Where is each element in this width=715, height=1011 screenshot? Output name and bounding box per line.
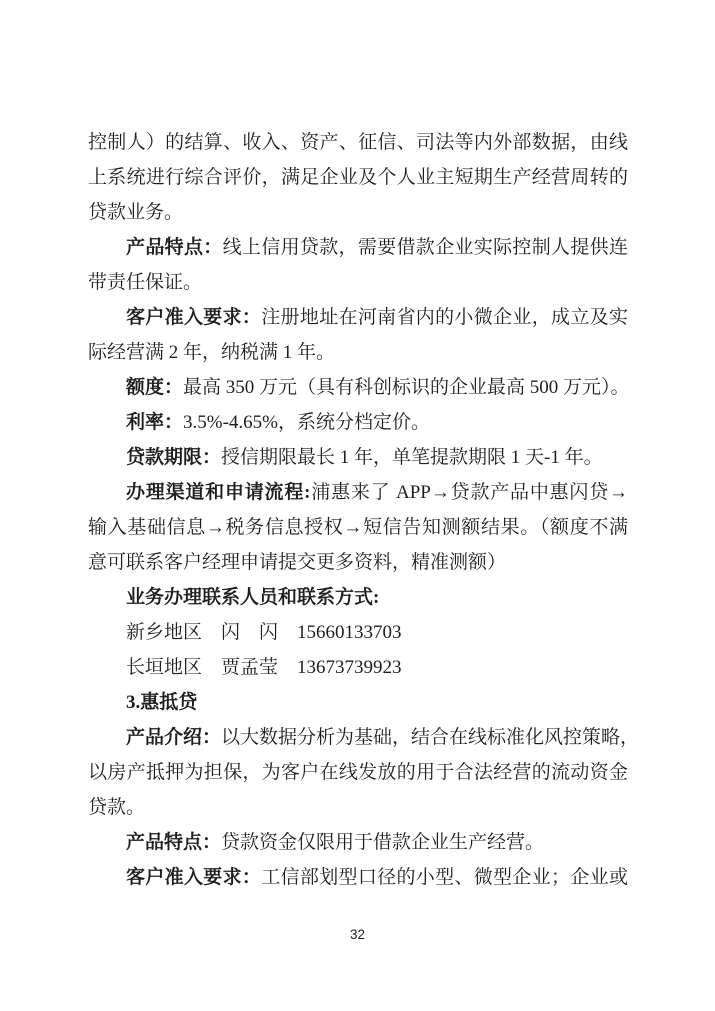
field-label: 产品介绍： (126, 727, 221, 748)
paragraph-credit-limit: 额度：最高 350 万元（具有科创标识的企业最高 500 万元）。 (88, 370, 628, 405)
text-line: 利率：3.5%-4.65%，系统分档定价。 (88, 405, 628, 440)
text-run: 带责任保证。 (88, 272, 202, 293)
paragraph-product-features-1: 产品特点：线上信用贷款，需要借款企业实际控制人提供连 带责任保证。 (88, 230, 628, 300)
text-line: 际经营满 2 年，纳税满 1 年。 (88, 335, 628, 370)
field-label: 客户准入要求： (126, 867, 261, 888)
field-label: 产品特点： (126, 237, 223, 258)
text-run: 际经营满 2 年，纳税满 1 年。 (88, 342, 335, 363)
paragraph-interest-rate: 利率：3.5%-4.65%，系统分档定价。 (88, 405, 628, 440)
text-run: 输入基础信息→税务信息授权→短信告知测额结果。（额度不满 (88, 517, 628, 538)
text-line: 产品特点：线上信用贷款，需要借款企业实际控制人提供连 (88, 230, 628, 265)
page-number: 32 (0, 927, 715, 942)
text-run: 3.5%-4.65%，系统分档定价。 (183, 412, 430, 433)
text-line: 办理渠道和申请流程:浦惠来了 APP→贷款产品中惠闪贷→ (88, 475, 628, 510)
paragraph-loan-term: 贷款期限：授信期限最长 1 年，单笔提款期限 1 天-1 年。 (88, 440, 628, 475)
text-line: 输入基础信息→税务信息授权→短信告知测额结果。（额度不满 (88, 510, 628, 545)
paragraph-customer-requirements-1: 客户准入要求：注册地址在河南省内的小微企业，成立及实 际经营满 2 年，纳税满 … (88, 300, 628, 370)
contact-row-xinxiang: 新乡地区 闪 闪 15660133703 (88, 615, 628, 650)
field-label: 产品特点： (126, 832, 221, 853)
text-run: 最高 350 万元（具有科创标识的企业最高 500 万元）。 (183, 377, 630, 398)
text-run: 上系统进行综合评价，满足企业及个人业主短期生产经营周转的 (88, 167, 628, 188)
text-run: 贷款业务。 (88, 202, 183, 223)
text-line: 客户准入要求：注册地址在河南省内的小微企业，成立及实 (88, 300, 628, 335)
page-body: 控制人）的结算、收入、资产、征信、司法等内外部数据，由线 上系统进行综合评价，满… (88, 125, 628, 895)
text-line: 额度：最高 350 万元（具有科创标识的企业最高 500 万元）。 (88, 370, 628, 405)
text-run: 以大数据分析为基础，结合在线标准化风控策略， (221, 727, 639, 748)
text-run: 线上信用贷款，需要借款企业实际控制人提供连 (223, 237, 628, 258)
text-line: 产品特点：贷款资金仅限用于借款企业生产经营。 (88, 825, 628, 860)
paragraph-product-features-2: 产品特点：贷款资金仅限用于借款企业生产经营。 (88, 825, 628, 860)
field-label: 办理渠道和申请流程: (126, 482, 310, 503)
field-label: 客户准入要求： (126, 307, 261, 328)
text-run: 授信期限最长 1 年，单笔提款期限 1 天-1 年。 (221, 447, 603, 468)
heading-product-3: 3.惠抵贷 (88, 685, 628, 720)
section-heading-label: 3.惠抵贷 (126, 692, 197, 713)
text-line: 产品介绍：以大数据分析为基础，结合在线标准化风控策略， (88, 720, 628, 755)
text-line: 意可联系客户经理申请提交更多资料，精准测额） (88, 545, 628, 580)
text-run: 贷款资金仅限用于借款企业生产经营。 (221, 832, 544, 853)
text-run: 浦惠来了 APP→贷款产品中惠闪贷→ (310, 482, 628, 503)
field-label: 利率： (126, 412, 183, 433)
text-line: 长垣地区 贾孟莹 13673739923 (88, 650, 628, 685)
text-line: 业务办理联系人员和联系方式: (88, 580, 628, 615)
text-run: 以房产抵押为担保，为客户在线发放的用于合法经营的流动资金 (88, 762, 628, 783)
text-line: 贷款期限：授信期限最长 1 年，单笔提款期限 1 天-1 年。 (88, 440, 628, 475)
text-run: 意可联系客户经理申请提交更多资料，精准测额） (88, 552, 506, 573)
field-label: 额度： (126, 377, 183, 398)
text-run: 贷款。 (88, 797, 145, 818)
text-line: 贷款业务。 (88, 195, 628, 230)
text-line: 贷款。 (88, 790, 628, 825)
paragraph-product-intro: 产品介绍：以大数据分析为基础，结合在线标准化风控策略， 以房产抵押为担保，为客户… (88, 720, 628, 825)
text-run: 工信部划型口径的小型、微型企业；企业或 (261, 867, 628, 888)
text-line: 以房产抵押为担保，为客户在线发放的用于合法经营的流动资金 (88, 755, 628, 790)
text-run: 控制人）的结算、收入、资产、征信、司法等内外部数据，由线 (88, 132, 628, 153)
text-line: 上系统进行综合评价，满足企业及个人业主短期生产经营周转的 (88, 160, 628, 195)
paragraph-contact-heading: 业务办理联系人员和联系方式: (88, 580, 628, 615)
text-line: 客户准入要求：工信部划型口径的小型、微型企业；企业或 (88, 860, 628, 895)
paragraph-customer-requirements-2: 客户准入要求：工信部划型口径的小型、微型企业；企业或 (88, 860, 628, 895)
paragraph-continuation: 控制人）的结算、收入、资产、征信、司法等内外部数据，由线 上系统进行综合评价，满… (88, 125, 628, 230)
document-page: 控制人）的结算、收入、资产、征信、司法等内外部数据，由线 上系统进行综合评价，满… (0, 0, 715, 1011)
text-line: 带责任保证。 (88, 265, 628, 300)
field-label: 贷款期限： (126, 447, 221, 468)
contact-entry: 新乡地区 闪 闪 15660133703 (126, 622, 402, 643)
text-run: 注册地址在河南省内的小微企业，成立及实 (261, 307, 628, 328)
text-line: 新乡地区 闪 闪 15660133703 (88, 615, 628, 650)
text-line: 3.惠抵贷 (88, 685, 628, 720)
text-line: 控制人）的结算、收入、资产、征信、司法等内外部数据，由线 (88, 125, 628, 160)
contact-entry: 长垣地区 贾孟莹 13673739923 (126, 657, 402, 678)
contact-heading-label: 业务办理联系人员和联系方式: (126, 587, 379, 608)
paragraph-application-channel: 办理渠道和申请流程:浦惠来了 APP→贷款产品中惠闪贷→ 输入基础信息→税务信息… (88, 475, 628, 580)
contact-row-changyuan: 长垣地区 贾孟莹 13673739923 (88, 650, 628, 685)
